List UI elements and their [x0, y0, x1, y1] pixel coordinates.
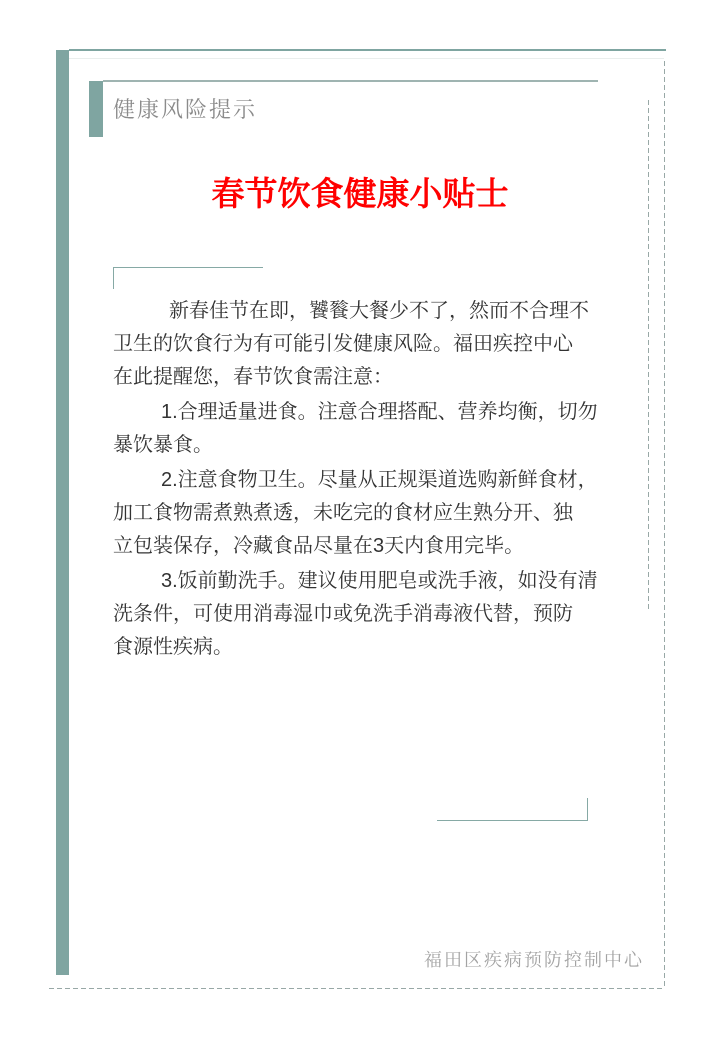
footer-org-name: 福田区疾病预防控制中心 — [424, 948, 644, 972]
text-line: 暴饮暴食。 — [113, 429, 613, 462]
page-title: 春节饮食健康小贴士 — [113, 170, 607, 218]
header-rule-line — [103, 80, 598, 82]
text-line: 3.饭前勤洗手。建议使用肥皂或洗手液，如没有清 — [113, 565, 613, 598]
top-accent-line — [69, 49, 666, 51]
right-dashed-border — [664, 61, 665, 988]
paragraph-tip-3: 3.饭前勤洗手。建议使用肥皂或洗手液，如没有清 洗条件，可使用消毒湿巾或免洗手消… — [113, 565, 613, 664]
page-top-edge-line — [69, 58, 664, 59]
text-line: 1.合理适量进食。注意合理搭配、营养均衡，切勿 — [113, 396, 613, 429]
text-line: 加工食物需煮熟煮透，未吃完的食材应生熟分开、独 — [113, 497, 613, 530]
text-line: 在此提醒您，春节饮食需注意： — [113, 361, 613, 394]
bottom-right-corner-bracket — [437, 820, 588, 821]
section-header-label: 健康风险提示 — [113, 97, 257, 123]
text-line: 2.注意食物卫生。尽量从正规渠道选购新鲜食材， — [113, 464, 613, 497]
inner-right-dashed-border — [648, 100, 649, 610]
text-line: 新春佳节在即，饕餮大餐少不了，然而不合理不 — [113, 295, 613, 328]
top-left-corner-bracket — [113, 267, 263, 268]
text-line: 立包装保存，冷藏食品尽量在3天内食用完毕。 — [113, 530, 613, 563]
text-line: 洗条件，可使用消毒湿巾或免洗手消毒液代替，预防 — [113, 598, 613, 631]
body-text: 新春佳节在即，饕餮大餐少不了，然而不合理不 卫生的饮食行为有可能引发健康风险。福… — [113, 295, 613, 666]
top-left-corner-bracket — [113, 267, 114, 289]
paragraph-intro: 新春佳节在即，饕餮大餐少不了，然而不合理不 卫生的饮食行为有可能引发健康风险。福… — [113, 295, 613, 394]
left-accent-bar — [56, 50, 69, 975]
header-accent-bar — [89, 81, 103, 137]
bottom-right-corner-bracket — [587, 798, 588, 821]
paragraph-tip-2: 2.注意食物卫生。尽量从正规渠道选购新鲜食材， 加工食物需煮熟煮透，未吃完的食材… — [113, 464, 613, 563]
text-line: 食源性疾病。 — [113, 631, 613, 664]
document-page: 健康风险提示 春节饮食健康小贴士 新春佳节在即，饕餮大餐少不了，然而不合理不 卫… — [0, 0, 720, 1039]
text-line: 卫生的饮食行为有可能引发健康风险。福田疾控中心 — [113, 328, 613, 361]
bottom-dashed-border — [49, 988, 665, 989]
paragraph-tip-1: 1.合理适量进食。注意合理搭配、营养均衡，切勿 暴饮暴食。 — [113, 396, 613, 462]
